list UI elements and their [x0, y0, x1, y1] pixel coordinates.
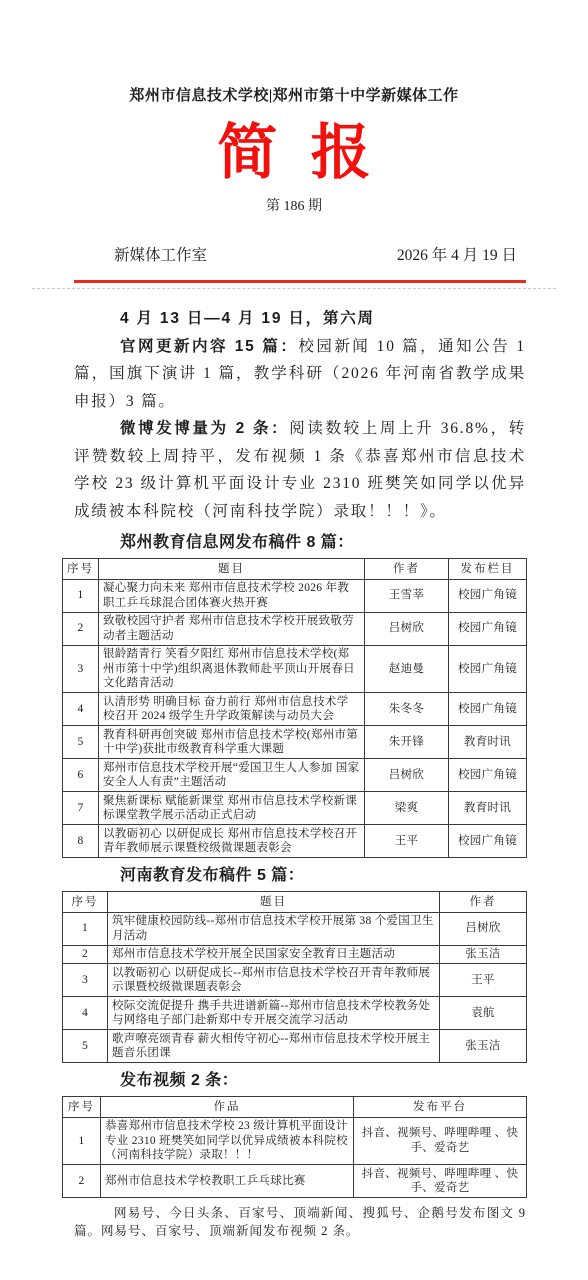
dashed-divider — [32, 288, 556, 289]
table-cell: 校园广角镜 — [449, 825, 527, 858]
table-cell: 以教砺初心 以研促成长 郑州市信息技术学校召开青年教师展示课暨校级微课题表彰会 — [99, 825, 365, 858]
table-cell: 校园广角镜 — [449, 645, 527, 693]
section-heading-henan-edu: 河南教育发布稿件 5 篇： — [120, 865, 526, 887]
table-cell: 8 — [63, 825, 99, 858]
table-cell: 张玉洁 — [440, 1030, 527, 1063]
column-header: 发布栏目 — [449, 559, 527, 580]
table-cell: 校园广角镜 — [449, 693, 527, 726]
section-heading-zhengzhou-edu-net: 郑州教育信息网发布稿件 8 篇： — [120, 532, 526, 554]
column-header: 序号 — [63, 559, 99, 580]
publish-date: 2026 年 4 月 19 日 — [397, 246, 517, 266]
table-cell: 2 — [63, 945, 108, 964]
table-cell: 教育时讯 — [449, 726, 527, 759]
page-content: 郑州市信息技术学校|郑州市第十中学新媒体工作 简 报 第 186 期 新媒体工作… — [0, 0, 588, 1240]
paragraph-lead: 官网更新内容 15 篇： — [120, 338, 298, 355]
table-row: 5教育科研再创突破 郑州市信息技术学校(郑州市第十中学)获批市级教育科学重大课题… — [63, 726, 527, 759]
table-cell: 认清形势 明确目标 奋力前行 郑州市信息技术学校召开 2024 级学生升学政策解… — [99, 693, 365, 726]
table-cell: 吕树欣 — [365, 612, 449, 645]
table-cell: 5 — [63, 1030, 108, 1063]
table-row: 2致敬校园守护者 郑州市信息技术学校开展致敬劳动者主题活动吕树欣校园广角镜 — [63, 612, 527, 645]
table-cell: 校园广角镜 — [449, 579, 527, 612]
table-cell: 3 — [63, 645, 99, 693]
table-cell: 1 — [63, 1117, 101, 1165]
table-cell: 梁爽 — [365, 792, 449, 825]
table-cell: 5 — [63, 726, 99, 759]
column-header: 题目 — [108, 892, 440, 913]
table-cell: 歌声嘹亮颂青春 薪火相传守初心--郑州市信息技术学校开展主题音乐团课 — [108, 1030, 440, 1063]
table-cell: 郑州市信息技术学校开展“爱国卫生人人参加 国家安全人人有责”主题活动 — [99, 759, 365, 792]
column-header: 发布平台 — [354, 1097, 527, 1118]
table-cell: 4 — [63, 997, 108, 1030]
paragraph-website-updates: 官网更新内容 15 篇：校园新闻 10 篇，通知公告 1 篇，国旗下演讲 1 篇… — [74, 333, 526, 416]
paragraph-lead: 4 月 13 日—4 月 19 日，第六周 — [120, 310, 375, 327]
table-row: 1恭喜郑州市信息技术学校 23 级计算机平面设计专业 2310 班樊笑如同学以优… — [63, 1117, 527, 1165]
table-cell: 以教砺初心 以研促成长--郑州市信息技术学校召开青年教师展示课暨校级微课题表彰会 — [108, 964, 440, 997]
org-title: 郑州市信息技术学校|郑州市第十中学新媒体工作 — [62, 0, 526, 106]
table-row: 2郑州市信息技术学校开展全民国家安全教育日主题活动张玉洁 — [63, 945, 527, 964]
table-cell: 校园广角镜 — [449, 612, 527, 645]
table-cell: 吕树欣 — [440, 912, 527, 945]
videos-table: 序号作品发布平台1恭喜郑州市信息技术学校 23 级计算机平面设计专业 2310 … — [62, 1096, 527, 1198]
doc-title: 简 报 — [62, 118, 526, 188]
office-name: 新媒体工作室 — [74, 246, 207, 266]
table-cell: 吕树欣 — [365, 759, 449, 792]
table-row: 3以教砺初心 以研促成长--郑州市信息技术学校召开青年教师展示课暨校级微课题表彰… — [63, 964, 527, 997]
column-header: 序号 — [63, 1097, 101, 1118]
table-cell: 6 — [63, 759, 99, 792]
table-cell: 王平 — [440, 964, 527, 997]
table-row: 6郑州市信息技术学校开展“爱国卫生人人参加 国家安全人人有责”主题活动吕树欣校园… — [63, 759, 527, 792]
table-cell: 朱冬冬 — [365, 693, 449, 726]
table-header-row: 序号作品发布平台 — [63, 1097, 527, 1118]
red-divider — [74, 280, 526, 283]
table-cell: 4 — [63, 693, 99, 726]
table-cell: 银龄踏青行 笑看夕阳红 郑州市信息技术学校(郑州市第十中学)组织离退休教师赴平顶… — [99, 645, 365, 693]
table-cell: 教育时讯 — [449, 792, 527, 825]
table-cell: 聚焦新课标 赋能新课堂 郑州市信息技术学校新课标课堂教学展示活动正式启动 — [99, 792, 365, 825]
table-header-row: 序号题目作者 — [63, 892, 527, 913]
table-row: 5歌声嘹亮颂青春 薪火相传守初心--郑州市信息技术学校开展主题音乐团课张玉洁 — [63, 1030, 527, 1063]
table-cell: 致敬校园守护者 郑州市信息技术学校开展致敬劳动者主题活动 — [99, 612, 365, 645]
table-row: 8以教砺初心 以研促成长 郑州市信息技术学校召开青年教师展示课暨校级微课题表彰会… — [63, 825, 527, 858]
table-cell: 凝心聚力向未来 郑州市信息技术学校 2026 年教职工乒乓球混合团体赛火热开赛 — [99, 579, 365, 612]
henan-articles-table: 序号题目作者1筑牢健康校园防线--郑州市信息技术学校开展第 38 个爱国卫生月活… — [62, 891, 527, 1063]
table-cell: 抖音、视频号、哔哩哔哩 、快手、爱奇艺 — [354, 1165, 527, 1198]
table-cell: 朱开锋 — [365, 726, 449, 759]
column-header: 作者 — [440, 892, 527, 913]
table-cell: 校际交流促提升 携手共进谱新篇--郑州市信息技术学校教务处与网络电子部门赴新郑中… — [108, 997, 440, 1030]
paragraph-week: 4 月 13 日—4 月 19 日，第六周 — [74, 305, 526, 333]
table-row: 2郑州市信息技术学校教职工乒乓球比赛抖音、视频号、哔哩哔哩 、快手、爱奇艺 — [63, 1165, 527, 1198]
table-row: 7聚焦新课标 赋能新课堂 郑州市信息技术学校新课标课堂教学展示活动正式启动梁爽教… — [63, 792, 527, 825]
table-cell: 郑州市信息技术学校教职工乒乓球比赛 — [101, 1165, 354, 1198]
column-header: 序号 — [63, 892, 108, 913]
table-cell: 1 — [63, 912, 108, 945]
table-row: 4校际交流促提升 携手共进谱新篇--郑州市信息技术学校教务处与网络电子部门赴新郑… — [63, 997, 527, 1030]
paragraph-lead: 微博发博量为 2 条： — [120, 420, 289, 437]
table-cell: 1 — [63, 579, 99, 612]
table-cell: 3 — [63, 964, 108, 997]
table-cell: 2 — [63, 612, 99, 645]
table-row: 3银龄踏青行 笑看夕阳红 郑州市信息技术学校(郑州市第十中学)组织离退休教师赴平… — [63, 645, 527, 693]
meta-row: 新媒体工作室 2026 年 4 月 19 日 — [74, 246, 517, 266]
table-cell: 筑牢健康校园防线--郑州市信息技术学校开展第 38 个爱国卫生月活动 — [108, 912, 440, 945]
table-cell: 教育科研再创突破 郑州市信息技术学校(郑州市第十中学)获批市级教育科学重大课题 — [99, 726, 365, 759]
column-header: 作者 — [365, 559, 449, 580]
footer-note: 网易号、今日头条、百家号、顶端新闻、搜狐号、企鹅号发布图文 9 篇。网易号、百家… — [74, 1204, 526, 1240]
table-cell: 2 — [63, 1165, 101, 1198]
column-header: 题目 — [99, 559, 365, 580]
table-cell: 校园广角镜 — [449, 759, 527, 792]
table-cell: 王雪莘 — [365, 579, 449, 612]
body: 4 月 13 日—4 月 19 日，第六周 官网更新内容 15 篇：校园新闻 1… — [62, 305, 526, 1240]
table-cell: 郑州市信息技术学校开展全民国家安全教育日主题活动 — [108, 945, 440, 964]
table-row: 1凝心聚力向未来 郑州市信息技术学校 2026 年教职工乒乓球混合团体赛火热开赛… — [63, 579, 527, 612]
table-cell: 袁航 — [440, 997, 527, 1030]
column-header: 作品 — [101, 1097, 354, 1118]
issue-number: 第 186 期 — [62, 198, 526, 216]
table-cell: 抖音、视频号、哔哩哔哩 、快手、爱奇艺 — [354, 1117, 527, 1165]
table-cell: 张玉洁 — [440, 945, 527, 964]
table-row: 1筑牢健康校园防线--郑州市信息技术学校开展第 38 个爱国卫生月活动吕树欣 — [63, 912, 527, 945]
section-heading-videos: 发布视频 2 条： — [120, 1070, 526, 1092]
paragraph-weibo-posts: 微博发博量为 2 条：阅读数较上周上升 36.8%，转评赞数较上周持平，发布视频… — [74, 415, 526, 525]
table-row: 4认清形势 明确目标 奋力前行 郑州市信息技术学校召开 2024 级学生升学政策… — [63, 693, 527, 726]
zhengzhou-articles-table: 序号题目作者发布栏目1凝心聚力向未来 郑州市信息技术学校 2026 年教职工乒乓… — [62, 558, 527, 858]
table-cell: 赵迪曼 — [365, 645, 449, 693]
bulletin-page: 郑州市信息技术学校|郑州市第十中学新媒体工作 简 报 第 186 期 新媒体工作… — [0, 0, 588, 1280]
table-header-row: 序号题目作者发布栏目 — [63, 559, 527, 580]
table-cell: 7 — [63, 792, 99, 825]
table-cell: 王平 — [365, 825, 449, 858]
table-cell: 恭喜郑州市信息技术学校 23 级计算机平面设计专业 2310 班樊笑如同学以优异… — [101, 1117, 354, 1165]
